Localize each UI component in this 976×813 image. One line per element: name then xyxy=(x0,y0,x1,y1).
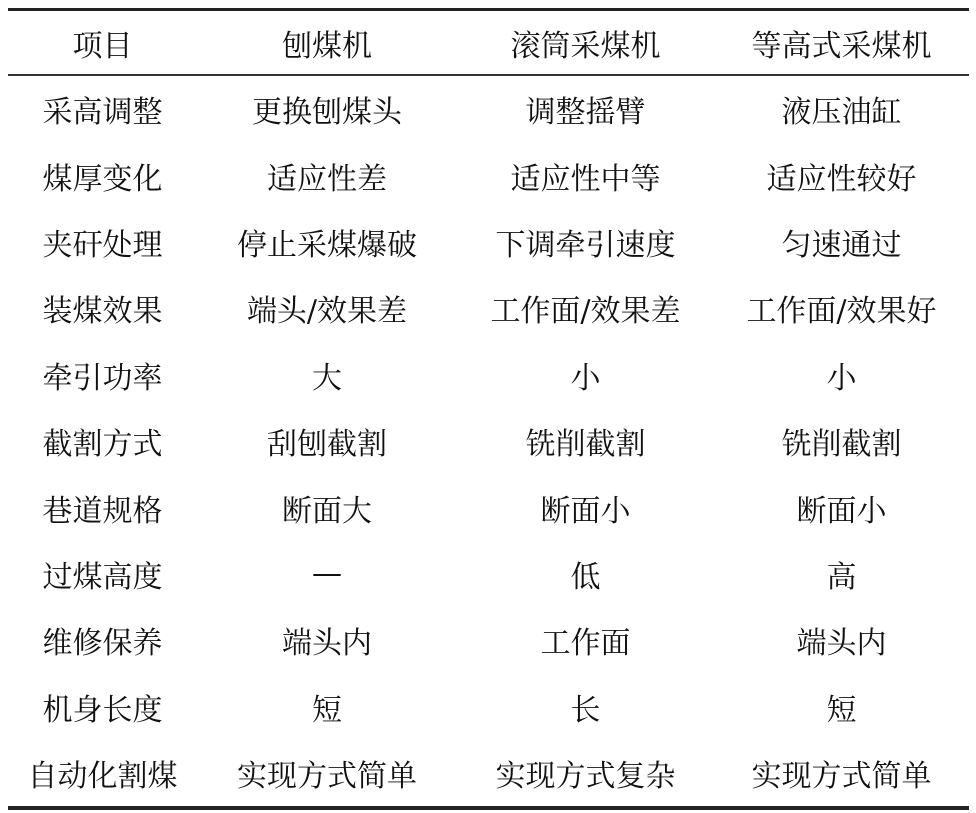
table-row: 维修保养 端头内 工作面 端头内 xyxy=(8,607,969,673)
cell-drum-shearer: 断面小 xyxy=(457,474,714,540)
table-row: 装煤效果 端头/效果差 工作面/效果差 工作面/效果好 xyxy=(8,275,969,341)
cell-drum-shearer: 长 xyxy=(457,674,714,740)
table-row: 牵引功率 大 小 小 xyxy=(8,342,969,408)
table-row: 自动化割煤 实现方式简单 实现方式复杂 实现方式简单 xyxy=(8,740,969,806)
cell-plough: 短 xyxy=(197,674,457,740)
row-label: 采高调整 xyxy=(8,76,197,142)
cell-drum-shearer: 工作面/效果差 xyxy=(457,275,714,341)
comparison-table-container: 项目 刨煤机 滚筒采煤机 等高式采煤机 采高调整 更换刨煤头 调整摇臂 液压油缸… xyxy=(8,8,969,810)
cell-plough: 断面大 xyxy=(197,474,457,540)
cell-plough: 实现方式简单 xyxy=(197,740,457,806)
cell-constant-height-shearer: 端头内 xyxy=(714,607,969,673)
header-drum-shearer: 滚筒采煤机 xyxy=(457,11,714,74)
row-label: 巷道规格 xyxy=(8,474,197,540)
cell-constant-height-shearer: 适应性较好 xyxy=(714,142,969,208)
cell-constant-height-shearer: 工作面/效果好 xyxy=(714,275,969,341)
table-row: 夹矸处理 停止采煤爆破 下调牵引速度 匀速通过 xyxy=(8,209,969,275)
cell-constant-height-shearer: 液压油缸 xyxy=(714,76,969,142)
cell-drum-shearer: 工作面 xyxy=(457,607,714,673)
row-label: 自动化割煤 xyxy=(8,740,197,806)
table-row: 采高调整 更换刨煤头 调整摇臂 液压油缸 xyxy=(8,76,969,142)
cell-plough: 端头/效果差 xyxy=(197,275,457,341)
cell-drum-shearer: 低 xyxy=(457,541,714,607)
coal-mining-machine-comparison-table: 项目 刨煤机 滚筒采煤机 等高式采煤机 xyxy=(8,11,969,74)
row-label: 机身长度 xyxy=(8,674,197,740)
table-row: 煤厚变化 适应性差 适应性中等 适应性较好 xyxy=(8,142,969,208)
table-row: 截割方式 刮刨截割 铣削截割 铣削截割 xyxy=(8,408,969,474)
cell-plough: 适应性差 xyxy=(197,142,457,208)
row-label: 牵引功率 xyxy=(8,342,197,408)
cell-plough: 大 xyxy=(197,342,457,408)
header-plough: 刨煤机 xyxy=(197,11,457,74)
cell-constant-height-shearer: 短 xyxy=(714,674,969,740)
cell-plough: 刮刨截割 xyxy=(197,408,457,474)
cell-constant-height-shearer: 小 xyxy=(714,342,969,408)
cell-constant-height-shearer: 断面小 xyxy=(714,474,969,540)
row-label: 截割方式 xyxy=(8,408,197,474)
table-row: 机身长度 短 长 短 xyxy=(8,674,969,740)
cell-plough: 更换刨煤头 xyxy=(197,76,457,142)
table-header: 项目 刨煤机 滚筒采煤机 等高式采煤机 xyxy=(8,11,969,74)
cell-constant-height-shearer: 高 xyxy=(714,541,969,607)
comparison-table-body: 采高调整 更换刨煤头 调整摇臂 液压油缸 煤厚变化 适应性差 适应性中等 适应性… xyxy=(8,76,969,806)
cell-constant-height-shearer: 匀速通过 xyxy=(714,209,969,275)
row-label: 煤厚变化 xyxy=(8,142,197,208)
cell-constant-height-shearer: 铣削截割 xyxy=(714,408,969,474)
cell-drum-shearer: 铣削截割 xyxy=(457,408,714,474)
cell-drum-shearer: 实现方式复杂 xyxy=(457,740,714,806)
cell-drum-shearer: 小 xyxy=(457,342,714,408)
cell-drum-shearer: 适应性中等 xyxy=(457,142,714,208)
header-constant-height-shearer: 等高式采煤机 xyxy=(714,11,969,74)
header-item: 项目 xyxy=(8,11,197,74)
cell-plough: 停止采煤爆破 xyxy=(197,209,457,275)
table-bottom-rule xyxy=(8,806,969,810)
cell-constant-height-shearer: 实现方式简单 xyxy=(714,740,969,806)
cell-drum-shearer: 下调牵引速度 xyxy=(457,209,714,275)
cell-drum-shearer: 调整摇臂 xyxy=(457,76,714,142)
row-label: 维修保养 xyxy=(8,607,197,673)
cell-plough: — xyxy=(197,541,457,607)
row-label: 装煤效果 xyxy=(8,275,197,341)
table-row: 巷道规格 断面大 断面小 断面小 xyxy=(8,474,969,540)
table-row: 过煤高度 — 低 高 xyxy=(8,541,969,607)
row-label: 夹矸处理 xyxy=(8,209,197,275)
header-row: 项目 刨煤机 滚筒采煤机 等高式采煤机 xyxy=(8,11,969,74)
cell-plough: 端头内 xyxy=(197,607,457,673)
row-label: 过煤高度 xyxy=(8,541,197,607)
